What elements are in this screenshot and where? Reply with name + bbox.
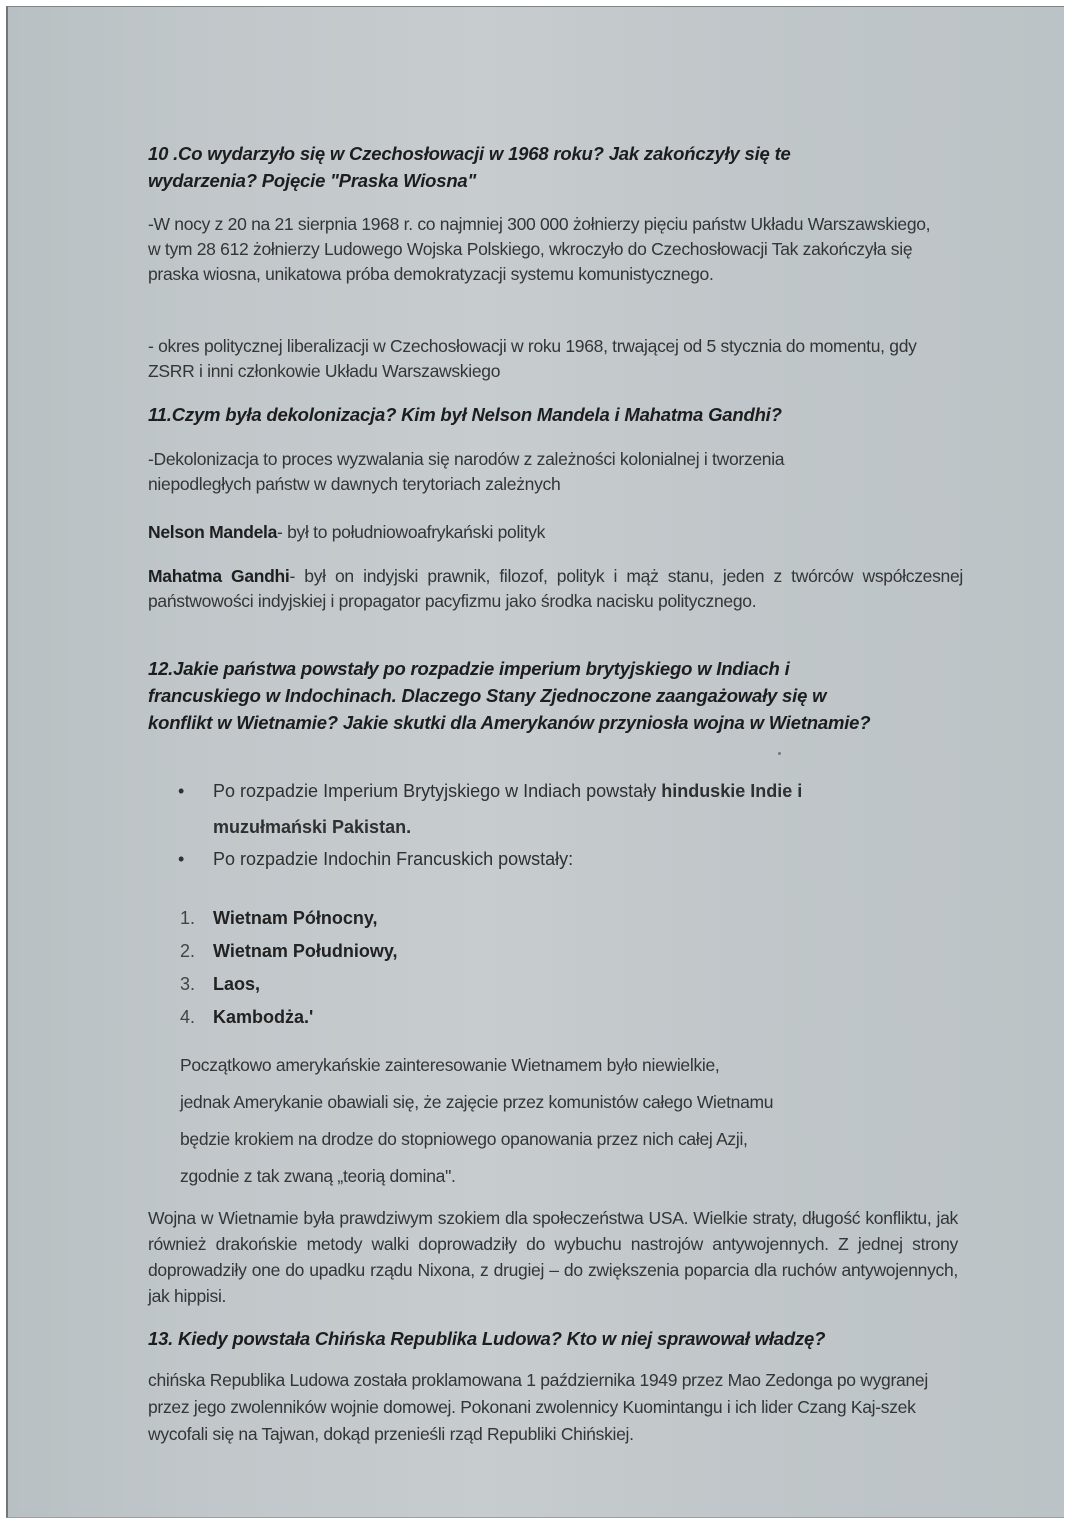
question-11-gandhi: Mahatma Gandhi- był on indyjski prawnik,… (148, 564, 963, 614)
country-name: Kambodża.' (213, 1001, 313, 1034)
bullet-icon: • (178, 841, 192, 877)
question-12-title-line-3: konflikt w Wietnamie? Jakie skutki dla A… (148, 709, 963, 736)
question-10-heading: 10 .Co wydarzyło się w Czechosłowacji w … (148, 140, 963, 194)
vietnam-war-effects-paragraph: Wojna w Wietnamie była prawdziwym szokie… (148, 1205, 958, 1309)
paragraph-line: zgodnie z tak zwaną „teorią domina". (180, 1158, 940, 1195)
list-number: 4. (180, 1001, 195, 1034)
question-11-title: 11.Czym była dekolonizacja? Kim był Nels… (148, 401, 963, 428)
paper-sheet: 10 .Co wydarzyło się w Czechosłowacji w … (6, 6, 1064, 1518)
mandela-description: - był to południowoafrykański polityk (277, 522, 545, 542)
bullet-india-bold-1: hinduskie Indie i (661, 781, 802, 801)
bullet-icon: • (178, 773, 192, 809)
list-number: 1. (180, 902, 195, 935)
country-name: Wietnam Południowy, (213, 935, 398, 968)
bullet-indochina-text: Po rozpadzie Indochin Francuskich powsta… (213, 841, 933, 877)
paragraph-line: Początkowo amerykańskie zainteresowanie … (180, 1047, 940, 1084)
bullet-india-bold-2: muzułmański Pakistan. (213, 817, 411, 837)
question-13-answer: chińska Republika Ludowa została proklam… (148, 1367, 960, 1448)
mandela-name: Nelson Mandela (148, 522, 277, 542)
question-12-title-line-2: francuskiego w Indochinach. Dlaczego Sta… (148, 682, 963, 709)
paragraph-line: jednak Amerykanie obawiali się, że zajęc… (180, 1084, 940, 1121)
question-11-answer-1: -Dekolonizacja to proces wyzwalania się … (148, 447, 883, 497)
question-10-title-line-2: wydarzenia? Pojęcie "Praska Wiosna" (148, 167, 963, 194)
question-13-title: 13. Kiedy powstała Chińska Republika Lud… (148, 1325, 963, 1352)
question-10-answer-1: -W nocy z 20 na 21 sierpnia 1968 r. co n… (148, 212, 938, 287)
domino-theory-paragraph: Początkowo amerykańskie zainteresowanie … (180, 1047, 940, 1195)
question-11-mandela: Nelson Mandela- był to południowoafrykań… (148, 520, 963, 545)
country-name: Laos, (213, 968, 260, 1001)
bullet-india-text: Po rozpadzie Imperium Brytyjskiego w Ind… (213, 781, 661, 801)
list-number: 3. (180, 968, 195, 1001)
list-number: 2. (180, 935, 195, 968)
country-name: Wietnam Północny, (213, 902, 378, 935)
question-10-answer-2: - okres politycznej liberalizacji w Czec… (148, 334, 963, 384)
paragraph-line: będzie krokiem na drodze do stopniowego … (180, 1121, 940, 1158)
question-12-heading: 12.Jakie państwa powstały po rozpadzie i… (148, 655, 963, 736)
paper-speck (778, 752, 781, 755)
question-12-title-line-1: 12.Jakie państwa powstały po rozpadzie i… (148, 655, 963, 682)
question-10-title-line-1: 10 .Co wydarzyło się w Czechosłowacji w … (148, 140, 963, 167)
gandhi-name: Mahatma Gandhi (148, 566, 289, 586)
